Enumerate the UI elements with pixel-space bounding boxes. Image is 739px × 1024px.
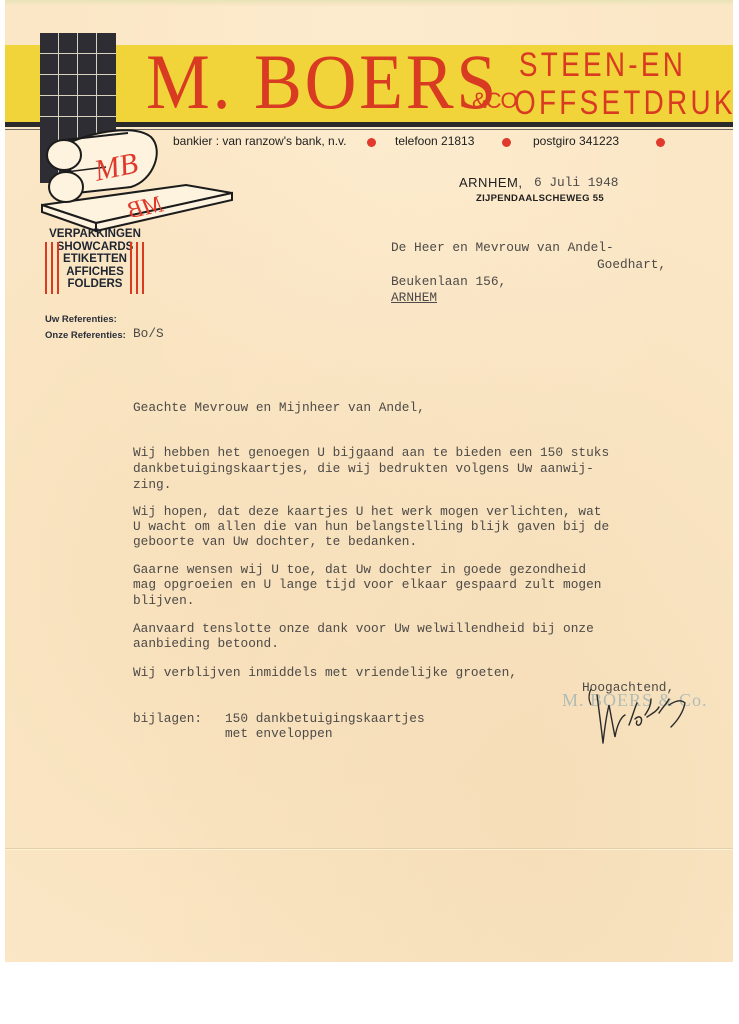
body-line: dankbetuigingskaartjes, die wij bedrukte… xyxy=(133,461,594,476)
decorative-red-bar xyxy=(57,242,59,294)
body-line: mag opgroeien en U lange tijd voor elkaa… xyxy=(133,577,601,592)
body-line: Wij verblijven inmiddels met vriendelijk… xyxy=(133,665,517,680)
uw-referenties-label: Uw Referenties: xyxy=(45,314,117,325)
letter-date: 6 Juli 1948 xyxy=(534,175,618,190)
signature-icon xyxy=(585,685,695,747)
paper-fold-line xyxy=(5,848,733,849)
bullet-dot-icon xyxy=(502,138,511,147)
service-item: VERPAKKINGEN xyxy=(42,228,148,241)
enclosure-line-2: met enveloppen xyxy=(225,726,333,741)
salutation: Geachte Mevrouw en Mijnheer van Andel, xyxy=(133,400,425,415)
body-line: Wij hebben het genoegen U bijgaand aan t… xyxy=(133,445,609,460)
decorative-red-bar xyxy=(136,242,138,294)
body-line: Aanvaard tenslotte onze dank voor Uw wel… xyxy=(133,621,594,636)
decorative-red-bar xyxy=(45,242,47,294)
trade-line-1: STEEN-EN xyxy=(514,46,736,84)
phone-info: telefoon 21813 xyxy=(395,134,474,148)
company-name: M. BOERS xyxy=(146,42,499,122)
body-line: aanbieding betoond. xyxy=(133,636,279,651)
company-address: ZIJPENDAALSCHEWEG 55 xyxy=(476,193,604,204)
body-line: Gaarne wensen wij U toe, dat Uw dochter … xyxy=(133,562,586,577)
city-label: ARNHEM, xyxy=(459,175,522,190)
trade-line-2: OFFSETDRUK xyxy=(514,84,736,122)
recipient-city: ARNHEM xyxy=(391,290,437,305)
body-line: U wacht om allen die van hun belangstell… xyxy=(133,519,609,534)
body-line: geboorte van Uw dochter, te bedanken. xyxy=(133,534,417,549)
recipient-street: Beukenlaan 156, xyxy=(391,274,506,289)
decorative-red-bar xyxy=(51,242,53,294)
paper-top-edge xyxy=(5,0,733,6)
onze-referenties-label: Onze Referenties: xyxy=(45,330,126,341)
company-suffix: &CO xyxy=(472,88,517,114)
body-line: blijven. xyxy=(133,593,194,608)
body-line: zing. xyxy=(133,477,171,492)
printing-press-logo-icon: MB MB xyxy=(36,125,236,235)
recipient-line-2: Goedhart, xyxy=(597,257,666,272)
services-list: VERPAKKINGEN SHOWCARDS ETIKETTEN AFFICHE… xyxy=(42,228,148,291)
enclosure-label: bijlagen: xyxy=(133,711,202,726)
decorative-red-bar xyxy=(130,242,132,294)
enclosure-line-1: 150 dankbetuigingskaartjes xyxy=(225,711,425,726)
decorative-red-bar xyxy=(142,242,144,294)
body-line: Wij hopen, dat deze kaartjes U het werk … xyxy=(133,504,601,519)
bullet-dot-icon xyxy=(656,138,665,147)
trade-description: STEEN-EN OFFSETDRUK xyxy=(514,46,736,122)
postgiro-info: postgiro 341223 xyxy=(533,134,619,148)
bullet-dot-icon xyxy=(367,138,376,147)
onze-referenties-value: Bo/S xyxy=(133,326,164,341)
recipient-line-1: De Heer en Mevrouw van Andel- xyxy=(391,240,614,255)
